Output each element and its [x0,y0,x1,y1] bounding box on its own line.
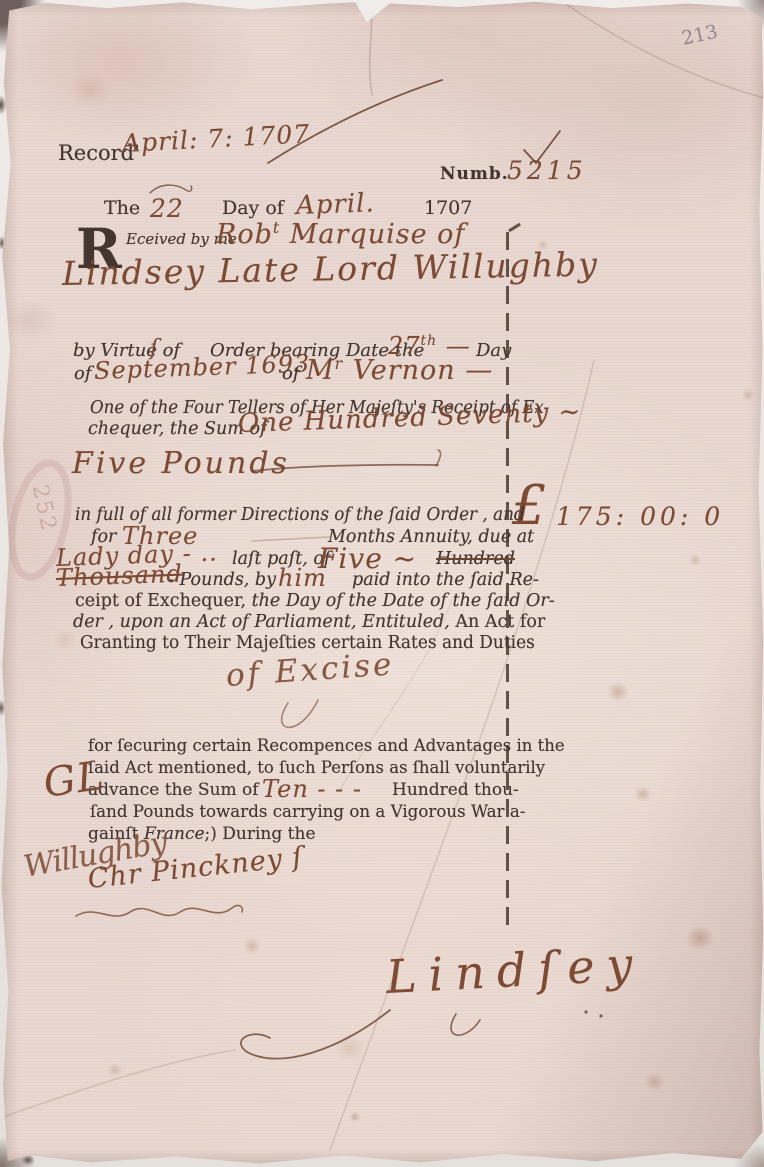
dateline-year: 1707 [424,197,472,219]
teller-pre: M [306,355,335,386]
three-dash [252,537,330,541]
dateline-day-handwritten: 22 [150,194,184,223]
order-teller-handwritten: Mr Vernon — [306,354,493,386]
pencil-folio-number: 213 [680,21,720,50]
payee-pre: Rob [216,219,273,250]
annuity-line6: der , upon an Act of Parliament, Entitul… [73,612,545,632]
dateline-month-handwritten: April. [295,188,375,221]
signature-dot-2 [599,1014,602,1017]
annuity-paid-into: paid into the ſaid Re- [352,570,539,590]
day-flourish [150,185,192,193]
numb-label: Numb. [440,164,509,184]
scanned-receipt-page: 213 Record' April: 7: 1707 Numb. 5215 Th… [0,0,764,1167]
annuity-line6-italic: der , upon an Act of Parliament, Entitul… [73,612,455,632]
payee-name-line1: Robt Marquise of [216,218,465,250]
securing-line1: for ſecuring certain Recompences and Adv… [88,736,565,756]
annuity-line5-italic: the Day of the Date of the ſaid Or- [252,591,555,611]
amount-figures: 175: 00: 0 [556,502,724,531]
annuity-him-handwritten: him [278,564,327,592]
signature-tail-flourish [241,1010,390,1059]
annuity-struck-thousand-handwritten: Thousand [56,560,184,592]
faint-stamp-number: 252 [27,482,61,534]
record-date-handwritten: April: 7: 1707 [121,119,311,158]
five-pounds-curl [436,450,441,466]
annuity-struck-hundred: Hundred [436,549,515,569]
paper-sheet: 213 Record' April: 7: 1707 Numb. 5215 Th… [0,0,764,1167]
annuity-line5: ceipt of Exchequer, the Day of the Date … [75,591,555,611]
margin-monogram-handwritten: GL [41,753,107,807]
bracket-hook [508,223,521,232]
witness-underline-squiggle [76,905,242,916]
order-day-sup: th [421,333,438,349]
securing-ten-handwritten: Ten - - - [262,775,362,803]
annuity-line6-roman: An Act for [455,612,545,632]
crease-top-center [370,2,372,95]
excise-flourish [282,700,318,727]
principal-signature: Lindſey [385,937,646,1004]
signature-underloop [451,1014,480,1035]
payee-name-line2: Lindsey Late Lord Willughby [62,245,599,293]
excise-handwritten: of Excise [225,646,396,694]
payee-post: Marquise of [280,219,465,250]
numb-value-handwritten: 5215 [507,156,587,185]
annuity-pounds-by: - Pounds, by [168,570,276,590]
crease-bottom-left [0,1050,235,1118]
order-of2: of [282,363,300,384]
securing-hundred-thou: Hundred thou- [392,780,519,800]
teller-sup: r [335,354,343,373]
crease-top-right-fold [560,0,764,98]
signature-dot-1 [584,1010,587,1013]
securing-line4: ſand Pounds towards carrying on a Vigoro… [90,802,525,822]
order-of1: of [74,363,92,384]
annuity-line5-roman: ceipt of Exchequer, [75,591,252,611]
sum-words-line2-handwritten: Five Pounds [72,446,290,481]
annuity-line7: Granting to Their Majeſties certain Rate… [80,633,535,653]
teller-post: Vernon — [343,355,493,386]
dateline-day-of: Day of [222,197,284,219]
securing-advance: advance the Sum of [88,780,259,800]
